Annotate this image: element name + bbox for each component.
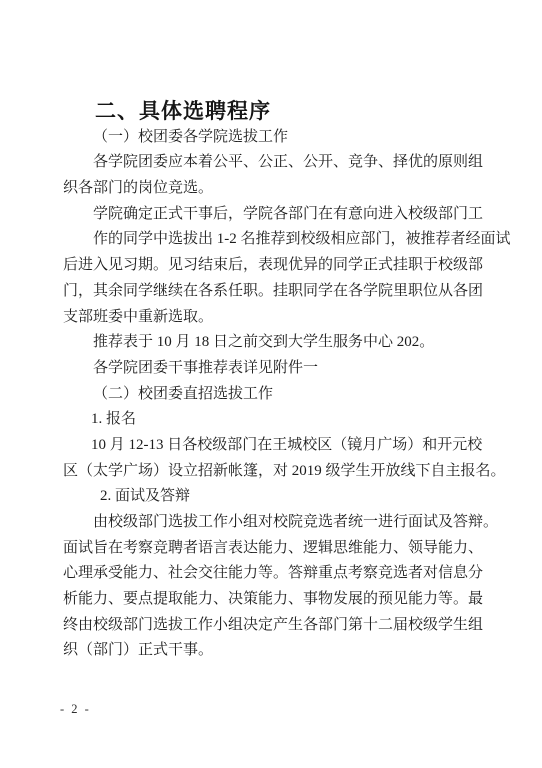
text-line: 终由校级部门选拔工作小组决定产生各部门第十二届校级学生组 <box>63 613 478 639</box>
text-line: 后进入见习期。见习结束后，表现优异的同学正式挂职于校级部 <box>63 253 478 279</box>
section-heading: 二、具体选聘程序 <box>63 99 478 125</box>
text-line: 区（太学广场）设立招新帐篷，对 2019 级学生开放线下自主报名。 <box>63 459 478 485</box>
text-line: 各学院团委应本着公平、公正、公开、竞争、择优的原则组 <box>63 150 478 176</box>
text-line: 织各部门的岗位竞选。 <box>63 176 478 202</box>
list-item-2-heading: 2. 面试及答辩 <box>63 484 478 510</box>
text-line: 由校级部门选拔工作小组对校院竞选者统一进行面试及答辩。 <box>63 510 478 536</box>
text-line: 推荐表于 10 月 18 日之前交到大学生服务中心 202。 <box>63 330 478 356</box>
text-line: 织（部门）正式干事。 <box>63 638 478 664</box>
text-line: 作的同学中选拔出 1-2 名推荐到校级相应部门，被推荐者经面试 <box>63 227 478 253</box>
text-line: 面试旨在考察竞聘者语言表达能力、逻辑思维能力、领导能力、 <box>63 536 478 562</box>
list-item-1-heading: 1. 报名 <box>63 407 478 433</box>
document-body: 二、具体选聘程序 （一）校团委各学院选拔工作 各学院团委应本着公平、公正、公开、… <box>63 99 478 664</box>
text-line: 心理承受能力、社会交往能力等。答辩重点考察竞选者对信息分 <box>63 561 478 587</box>
text-line: 10 月 12-13 日各校级部门在王城校区（镜月广场）和开元校 <box>63 433 478 459</box>
text-line: 门，其余同学继续在各系任职。挂职同学在各学院里职位从各团 <box>63 279 478 305</box>
text-line: 析能力、要点提取能力、决策能力、事物发展的预见能力等。最 <box>63 587 478 613</box>
subsection-heading-2: （二）校团委直招选拔工作 <box>63 382 478 408</box>
text-line: 各学院团委干事推荐表详见附件一 <box>63 356 478 382</box>
text-line: 支部班委中重新选取。 <box>63 305 478 331</box>
page-number: - 2 - <box>60 702 91 717</box>
document-page: 二、具体选聘程序 （一）校团委各学院选拔工作 各学院团委应本着公平、公正、公开、… <box>0 0 542 768</box>
subsection-heading-1: （一）校团委各学院选拔工作 <box>63 125 478 151</box>
text-line: 学院确定正式干事后，学院各部门在有意向进入校级部门工 <box>63 202 478 228</box>
